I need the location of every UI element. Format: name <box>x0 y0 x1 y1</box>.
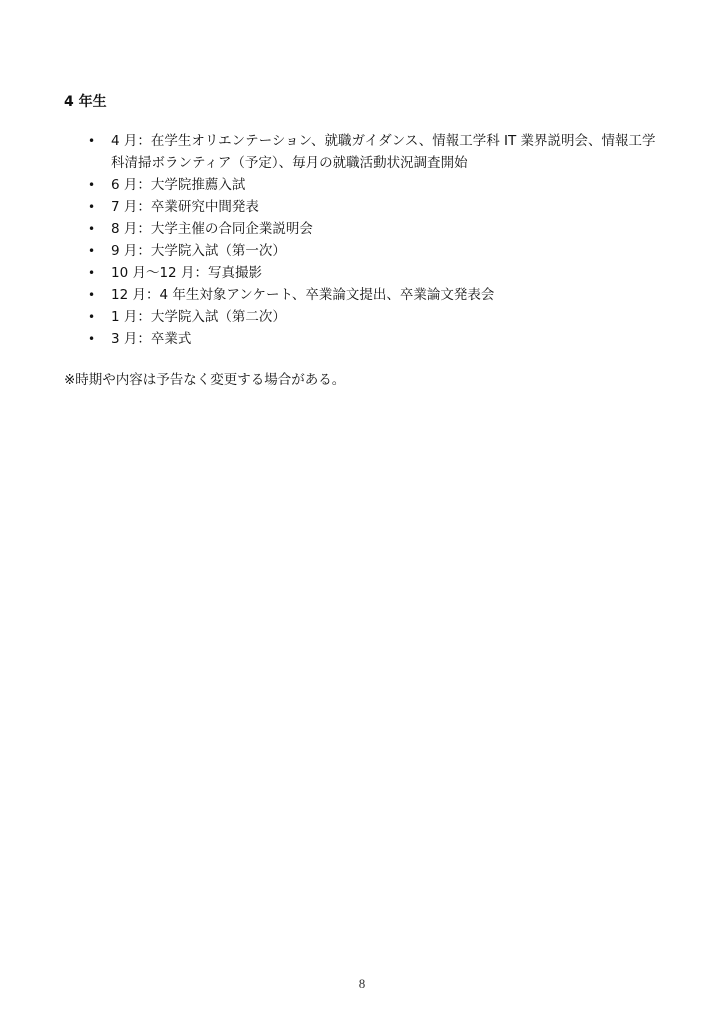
bullet-icon: • <box>88 218 95 240</box>
bullet-icon: • <box>88 196 95 218</box>
schedule-list: •4 月：在学生オリエンテーション、就職ガイダンス、情報工学科 IT 業界説明会… <box>88 130 658 350</box>
list-item: •3 月：卒業式 <box>88 328 658 350</box>
list-item: •9 月：大学院入試（第一次） <box>88 240 658 262</box>
page-number: 8 <box>0 976 724 992</box>
bullet-icon: • <box>88 262 95 284</box>
list-item: •8 月：大学主催の合同企業説明会 <box>88 218 658 240</box>
section-heading: 4 年生 <box>64 91 107 111</box>
list-item: •6 月：大学院推薦入試 <box>88 174 658 196</box>
list-item-text: 12 月：4 年生対象アンケート、卒業論文提出、卒業論文発表会 <box>111 287 494 303</box>
list-item-text: 6 月：大学院推薦入試 <box>111 177 245 193</box>
bullet-icon: • <box>88 130 95 152</box>
list-item-text: 8 月：大学主催の合同企業説明会 <box>111 221 313 237</box>
list-item: •4 月：在学生オリエンテーション、就職ガイダンス、情報工学科 IT 業界説明会… <box>88 130 658 174</box>
list-item-text: 4 月：在学生オリエンテーション、就職ガイダンス、情報工学科 IT 業界説明会、… <box>111 133 656 171</box>
bullet-icon: • <box>88 306 95 328</box>
list-item-text: 1 月：大学院入試（第二次） <box>111 309 286 325</box>
bullet-icon: • <box>88 284 95 306</box>
bullet-icon: • <box>88 174 95 196</box>
list-item: •12 月：4 年生対象アンケート、卒業論文提出、卒業論文発表会 <box>88 284 658 306</box>
list-item: •10 月～12 月：写真撮影 <box>88 262 658 284</box>
list-item-text: 10 月～12 月：写真撮影 <box>111 265 262 281</box>
list-item-text: 7 月：卒業研究中間発表 <box>111 199 259 215</box>
list-item-text: 3 月：卒業式 <box>111 331 191 347</box>
list-item: •1 月：大学院入試（第二次） <box>88 306 658 328</box>
disclaimer-note: ※時期や内容は予告なく変更する場合がある。 <box>64 369 345 391</box>
list-item: •7 月：卒業研究中間発表 <box>88 196 658 218</box>
bullet-icon: • <box>88 240 95 262</box>
bullet-icon: • <box>88 328 95 350</box>
list-item-text: 9 月：大学院入試（第一次） <box>111 243 286 259</box>
